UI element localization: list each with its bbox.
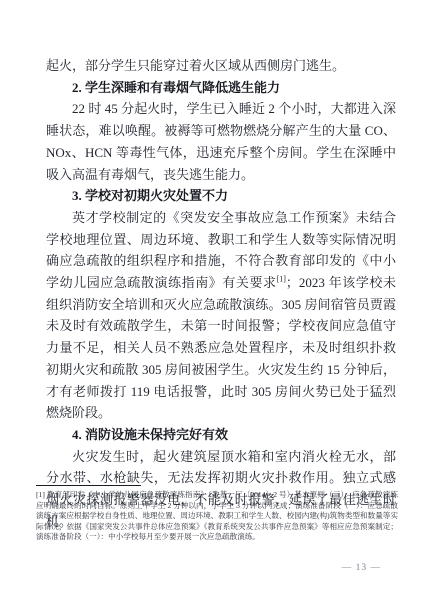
footnote-separator (36, 485, 141, 486)
document-body: 起火，部分学生只能穿过着火区域从西侧房门逃生。 2. 学生深睡和有毒烟气降低逃生… (46, 55, 396, 532)
footnote-body: 教育部印发《中小学幼儿园应急疏散演练指南》（教基一厅〔2014〕2 号）基本原则… (36, 490, 398, 541)
footnote-reference-marker: [1] (277, 275, 286, 284)
paragraph-section-3: 英才学校制定的《突发安全事故应急工作预案》未结合学校地理位置、周边环境、教职工和… (46, 207, 396, 424)
paragraph-section-3-text-after-ref: ；2023 年该学校未组织消防安全培训和灭火应急疏散演练。305 房间宿管员贾霞… (46, 275, 396, 420)
page-number: — 13 — (342, 563, 381, 573)
paragraph-section-2: 22 时 45 分起火时，学生已入睡近 2 个小时，大都进入深睡状态，难以唤醒。… (46, 98, 396, 185)
section-heading-4: 4. 消防设施未保持完好有效 (46, 424, 396, 446)
section-heading-2: 2. 学生深睡和有毒烟气降低逃生能力 (46, 77, 396, 99)
section-heading-3: 3. 学校对初期火灾处置不力 (46, 185, 396, 207)
document-page: 起火，部分学生只能穿过着火区域从西侧房门逃生。 2. 学生深睡和有毒烟气降低逃生… (0, 0, 433, 605)
footnote-block: [1] 教育部印发《中小学幼儿园应急疏散演练指南》（教基一厅〔2014〕2 号）… (36, 485, 398, 543)
footnote-marker: [1] (36, 490, 45, 499)
footnote-text: [1] 教育部印发《中小学幼儿园应急疏散演练指南》（教基一厅〔2014〕2 号）… (36, 490, 398, 543)
paragraph-continued-from-previous-page: 起火，部分学生只能穿过着火区域从西侧房门逃生。 (46, 55, 396, 77)
